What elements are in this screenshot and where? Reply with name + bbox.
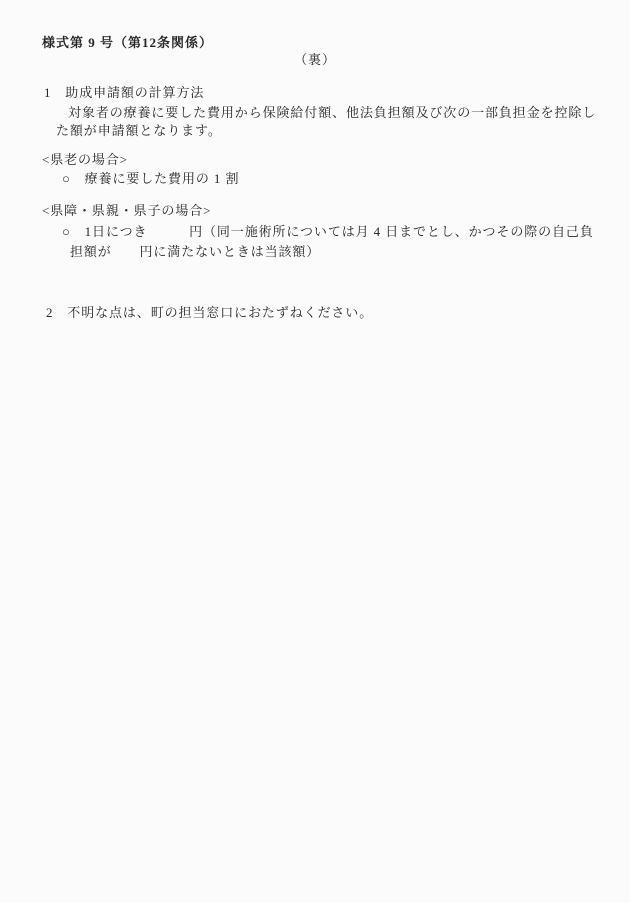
- page-side-label: （裏）: [0, 51, 630, 69]
- section1-title: 1 助成申請額の計算方法: [44, 84, 204, 102]
- form-number-heading: 様式第 9 号（第12条関係）: [42, 34, 213, 52]
- section1-body-line2: た額が申請額となります。: [56, 122, 222, 140]
- document-page: 様式第 9 号（第12条関係） （裏） 1 助成申請額の計算方法 対象者の療養に…: [0, 0, 630, 903]
- section1-body-line1: 対象者の療養に要した費用から保険給付額、他法負担額及び次の一部負担金を控除し: [68, 104, 596, 122]
- case-kensho-header: <県障・県親・県子の場合>: [42, 202, 211, 220]
- case-kenro-header: <県老の場合>: [42, 151, 128, 169]
- case-kensho-item-line1: ○ 1日につき 円（同一施術所については月 4 日までとし、かつその際の自己負: [62, 223, 594, 241]
- case-kensho-item-line2: 担額が 円に満たないときは当該額）: [70, 243, 320, 261]
- case-kenro-item: ○ 療養に要した費用の 1 割: [62, 170, 239, 188]
- section2-text: 2 不明な点は、町の担当窓口におたずねください。: [46, 304, 373, 322]
